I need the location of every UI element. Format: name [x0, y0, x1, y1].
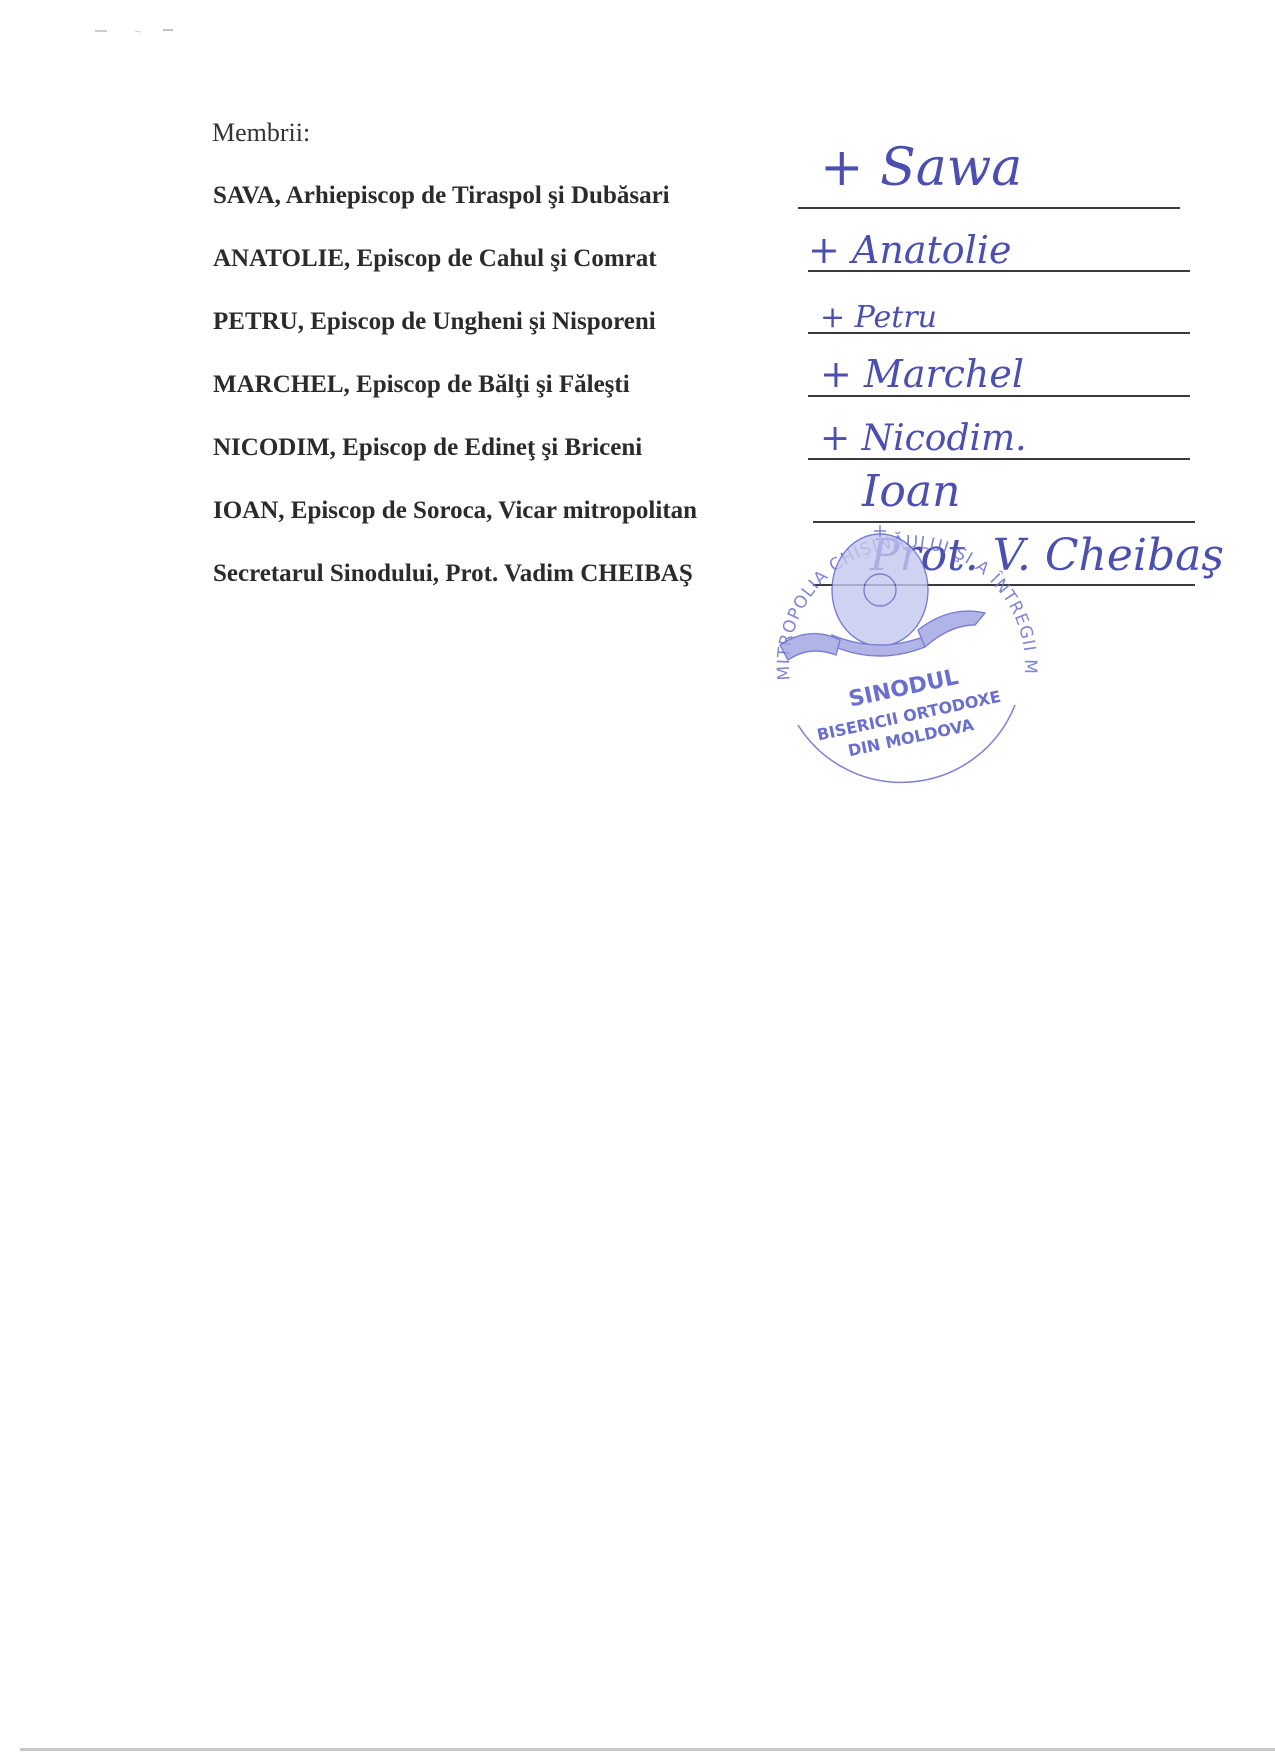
document-page: Membrii: SAVA, Arhiepiscop de Tiraspol ş… — [0, 0, 1275, 1755]
member-label-nicodim: NICODIM, Episcop de Edineţ şi Briceni — [213, 434, 642, 462]
member-label-marchel: MARCHEL, Episcop de Bălţi şi Făleşti — [213, 371, 630, 399]
signature-petru: + Petru — [820, 300, 937, 335]
member-label-secretary: Secretarul Sinodului, Prot. Vadim CHEIBA… — [213, 560, 693, 588]
signature-nicodim: + Nicodim. — [820, 418, 1027, 459]
signature-marchel: + Marchel — [820, 352, 1024, 396]
official-stamp: MITROPOLIA CHIŞINĂULUI ŞI A ÎNTREGII MOL… — [740, 495, 1060, 795]
signature-sava: + Sawa — [820, 138, 1022, 198]
signature-anatolie: + Anatolie — [808, 228, 1011, 272]
signature-line — [798, 207, 1180, 209]
member-label-ioan: IOAN, Episcop de Soroca, Vicar mitropoli… — [213, 497, 697, 525]
member-label-anatolie: ANATOLIE, Episcop de Cahul şi Comrat — [213, 245, 657, 273]
scan-edge-rule — [20, 1748, 1275, 1751]
member-label-petru: PETRU, Episcop de Ungheni şi Nisporeni — [213, 308, 656, 336]
members-heading: Membrii: — [212, 118, 310, 148]
member-label-sava: SAVA, Arhiepiscop de Tiraspol şi Dubăsar… — [213, 182, 670, 210]
scan-artifact — [95, 28, 185, 34]
